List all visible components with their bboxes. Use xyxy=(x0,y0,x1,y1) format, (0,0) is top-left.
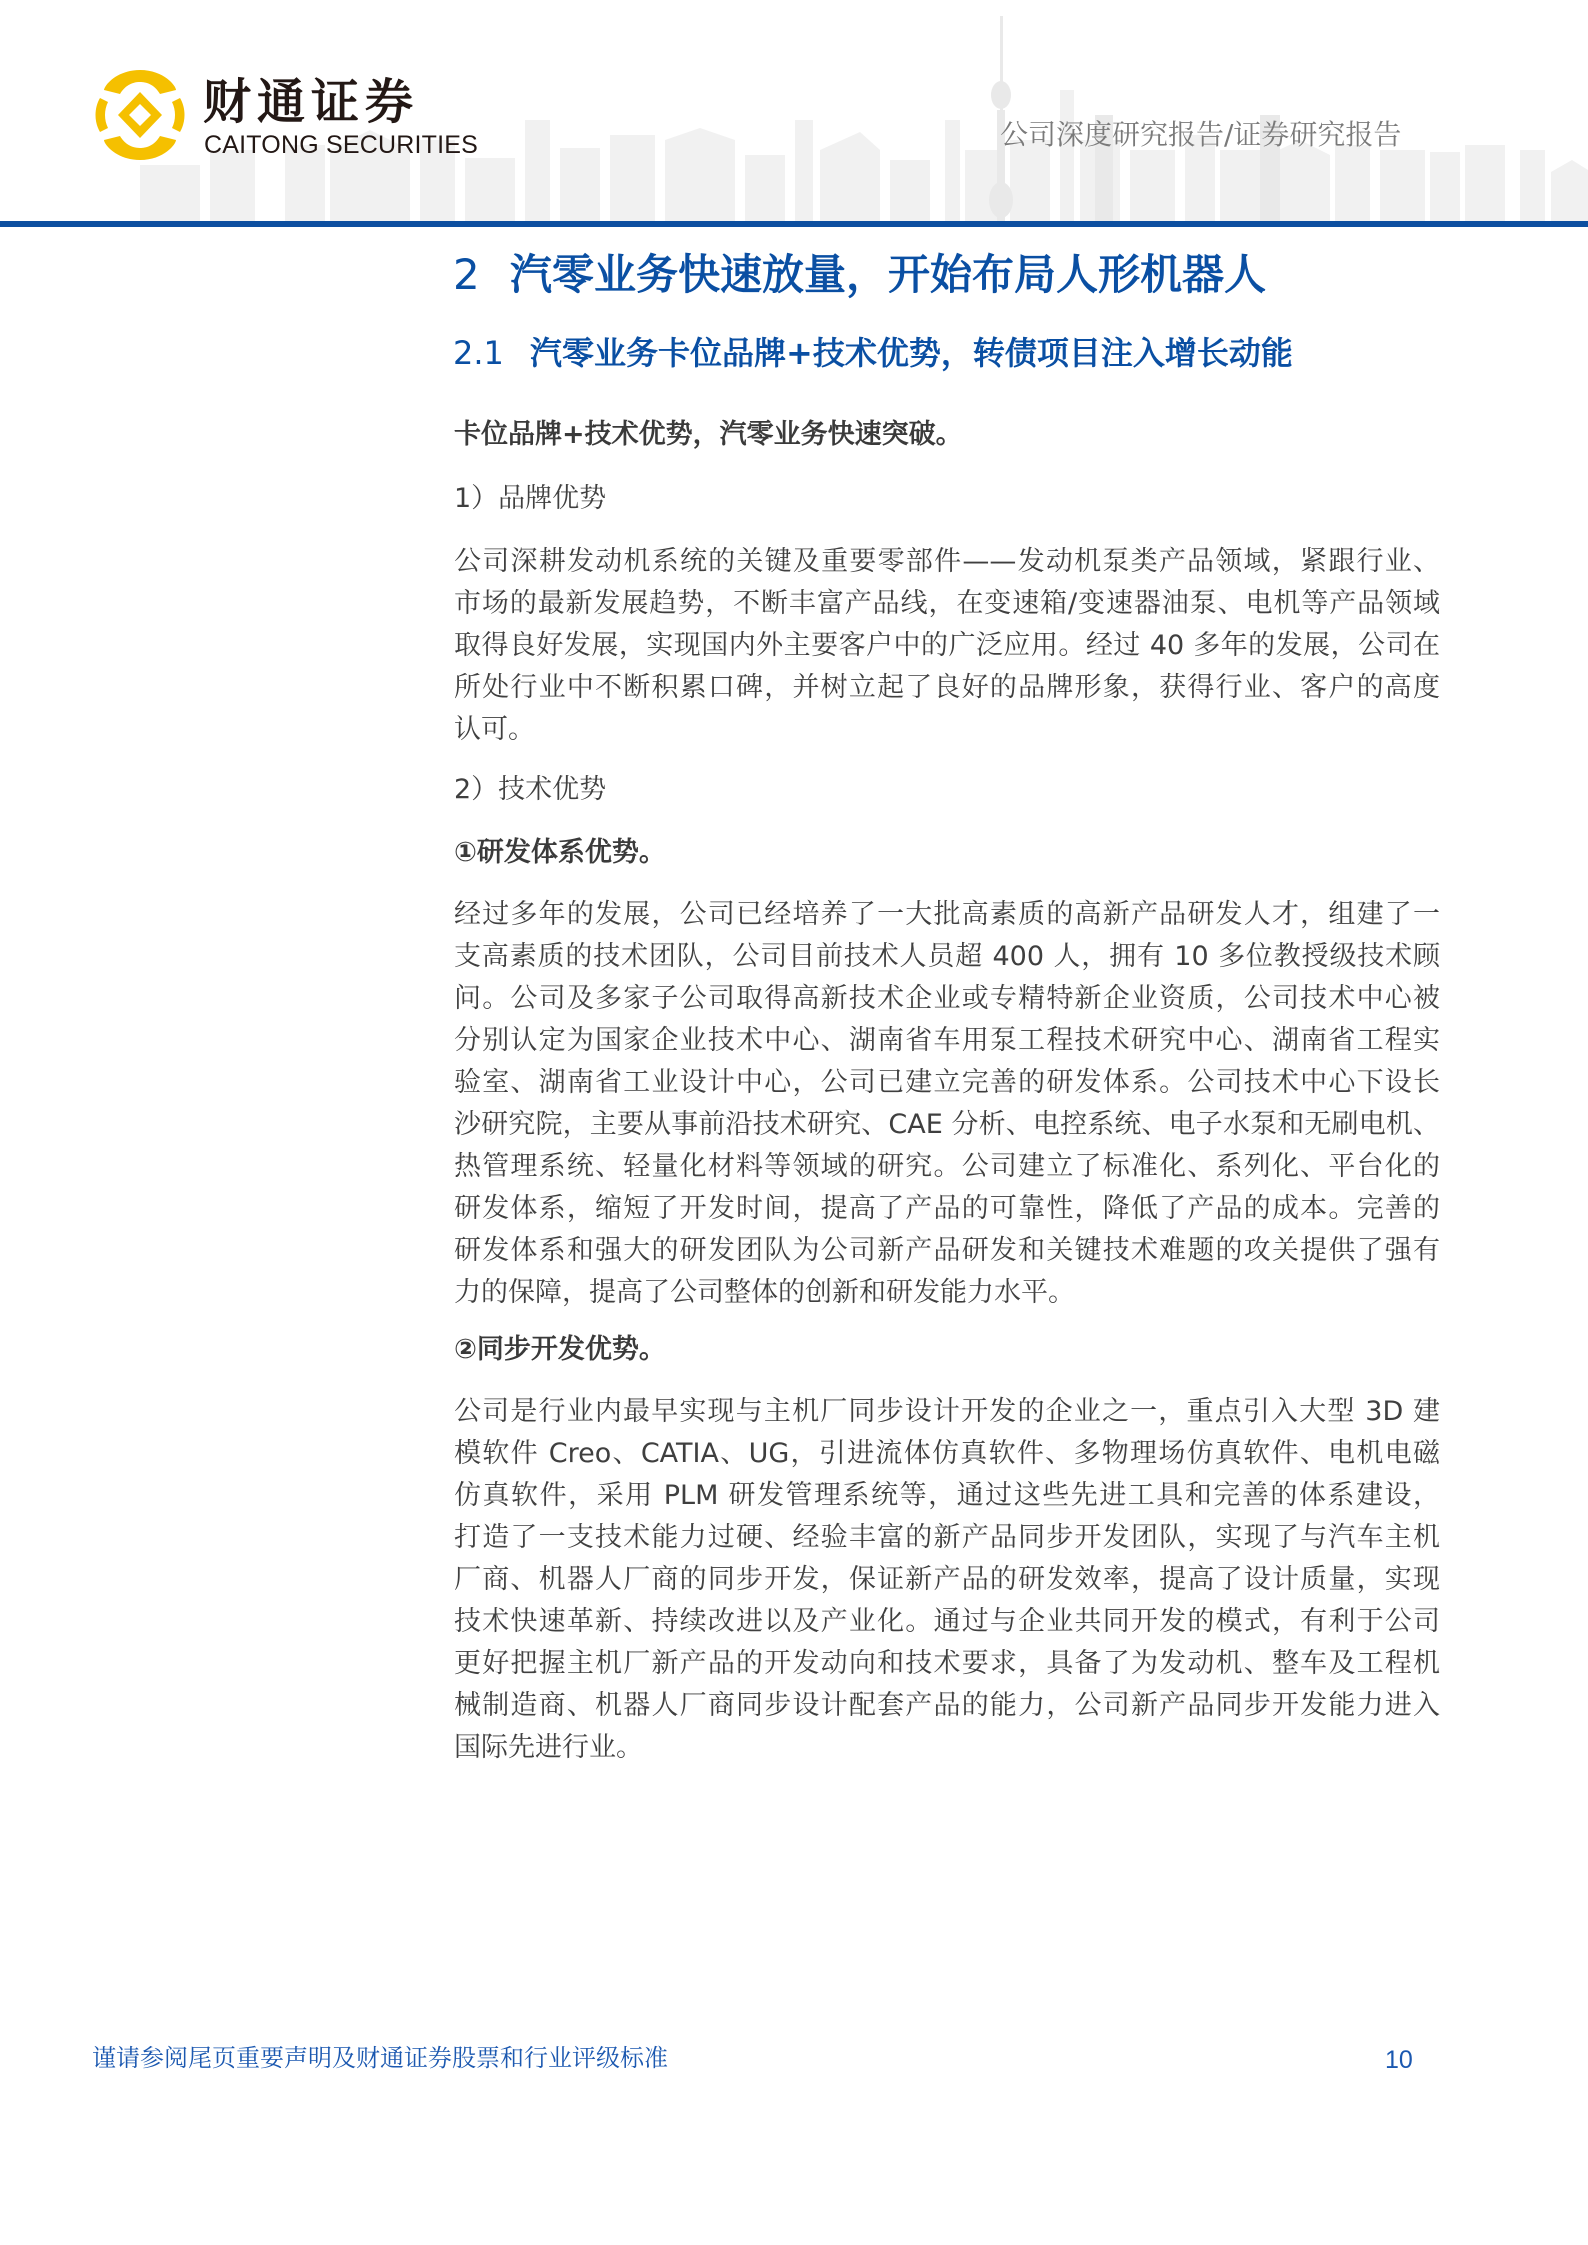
paragraph-line: 分别认定为国家企业技术中心、湖南省车用泵工程技术研究中心、湖南省工程实 xyxy=(454,1020,1440,1062)
rd-system-title: ①研发体系优势。 xyxy=(454,832,1440,874)
paragraph-line: 厂商、机器人厂商的同步开发，保证新产品的研发效率，提高了设计质量，实现 xyxy=(454,1559,1440,1601)
report-type-label: 公司深度研究报告/证券研究报告 xyxy=(1000,119,1401,151)
subsection-number: 2.1 xyxy=(453,333,530,373)
tech-advantage-title: 2）技术优势 xyxy=(454,769,1440,811)
subsection-title: 汽零业务卡位品牌+技术优势，转债项目注入增长动能 xyxy=(530,334,1293,372)
subsection-heading: 2.1汽零业务卡位品牌+技术优势，转债项目注入增长动能 xyxy=(453,333,1293,373)
paragraph-line: 支高素质的技术团队，公司目前技术人员超 400 人，拥有 10 多位教授级技术顾 xyxy=(454,936,1440,978)
paragraph-line: 力的保障，提高了公司整体的创新和研发能力水平。 xyxy=(454,1272,1440,1314)
paragraph-line: 所处行业中不断积累口碑，并树立起了良好的品牌形象，获得行业、客户的高度 xyxy=(454,667,1440,709)
paragraph-line: 国际先进行业。 xyxy=(454,1727,1440,1769)
logo-name-en: CAITONG SECURITIES xyxy=(204,131,478,159)
logo-name-cn: 财通证券 xyxy=(203,74,419,130)
section-number: 2 xyxy=(453,250,510,300)
paragraph-line: 研发体系，缩短了开发时间，提高了产品的可靠性，降低了产品的成本。完善的 xyxy=(454,1188,1440,1230)
paragraph-line: 沙研究院，主要从事前沿技术研究、CAE 分析、电控系统、电子水泵和无刷电机、 xyxy=(454,1104,1440,1146)
page-header: 财通证券 CAITONG SECURITIES 公司深度研究报告/证券研究报告 xyxy=(0,0,1588,228)
brand-advantage-title: 1）品牌优势 xyxy=(454,478,1440,520)
paragraph-line: 取得良好发展，实现国内外主要客户中的广泛应用。经过 40 多年的发展，公司在 xyxy=(454,625,1440,667)
paragraph-line: 问。公司及多家子公司取得高新技术企业或专精特新企业资质，公司技术中心被 xyxy=(454,978,1440,1020)
section-title: 汽零业务快速放量，开始布局人形机器人 xyxy=(510,250,1266,299)
lead-sentence: 卡位品牌+技术优势，汽零业务快速突破。 xyxy=(454,414,1440,456)
disclaimer-link: 谨请参阅尾页重要声明及财通证券股票和行业评级标准 xyxy=(92,2044,668,2072)
paragraph-line: 更好把握主机厂新产品的开发动向和技术要求，具备了为发动机、整车及工程机 xyxy=(454,1643,1440,1685)
paragraph-line: 认可。 xyxy=(454,709,1440,751)
paragraph-line: 公司深耕发动机系统的关键及重要零部件——发动机泵类产品领域，紧跟行业、 xyxy=(454,541,1440,583)
page-number: 10 xyxy=(1385,2046,1413,2074)
paragraph-line: 研发体系和强大的研发团队为公司新产品研发和关键技术难题的攻关提供了强有 xyxy=(454,1230,1440,1272)
paragraph-line: 市场的最新发展趋势，不断丰富产品线，在变速箱/变速器油泵、电机等产品领域 xyxy=(454,583,1440,625)
paragraph-line: 械制造商、机器人厂商同步设计配套产品的能力，公司新产品同步开发能力进入 xyxy=(454,1685,1440,1727)
paragraph-line: 模软件 Creo、CATIA、UG，引进流体仿真软件、多物理场仿真软件、电机电磁 xyxy=(454,1433,1440,1475)
header-divider xyxy=(0,221,1588,227)
sync-dev-title: ②同步开发优势。 xyxy=(454,1329,1440,1371)
paragraph-line: 技术快速革新、持续改进以及产业化。通过与企业共同开发的模式，有利于公司 xyxy=(454,1601,1440,1643)
paragraph-line: 打造了一支技术能力过硬、经验丰富的新产品同步开发团队，实现了与汽车主机 xyxy=(454,1517,1440,1559)
section-heading: 2汽零业务快速放量，开始布局人形机器人 xyxy=(453,250,1266,300)
paragraph-line: 公司是行业内最早实现与主机厂同步设计开发的企业之一，重点引入大型 3D 建 xyxy=(454,1391,1440,1433)
paragraph-line: 仿真软件，采用 PLM 研发管理系统等，通过这些先进工具和完善的体系建设， xyxy=(454,1475,1440,1517)
paragraph-line: 经过多年的发展，公司已经培养了一大批高素质的高新产品研发人才，组建了一 xyxy=(454,894,1440,936)
caitong-logo-icon xyxy=(94,68,186,162)
paragraph-line: 热管理系统、轻量化材料等领域的研究。公司建立了标准化、系列化、平台化的 xyxy=(454,1146,1440,1188)
paragraph-line: 验室、湖南省工业设计中心，公司已建立完善的研发体系。公司技术中心下设长 xyxy=(454,1062,1440,1104)
